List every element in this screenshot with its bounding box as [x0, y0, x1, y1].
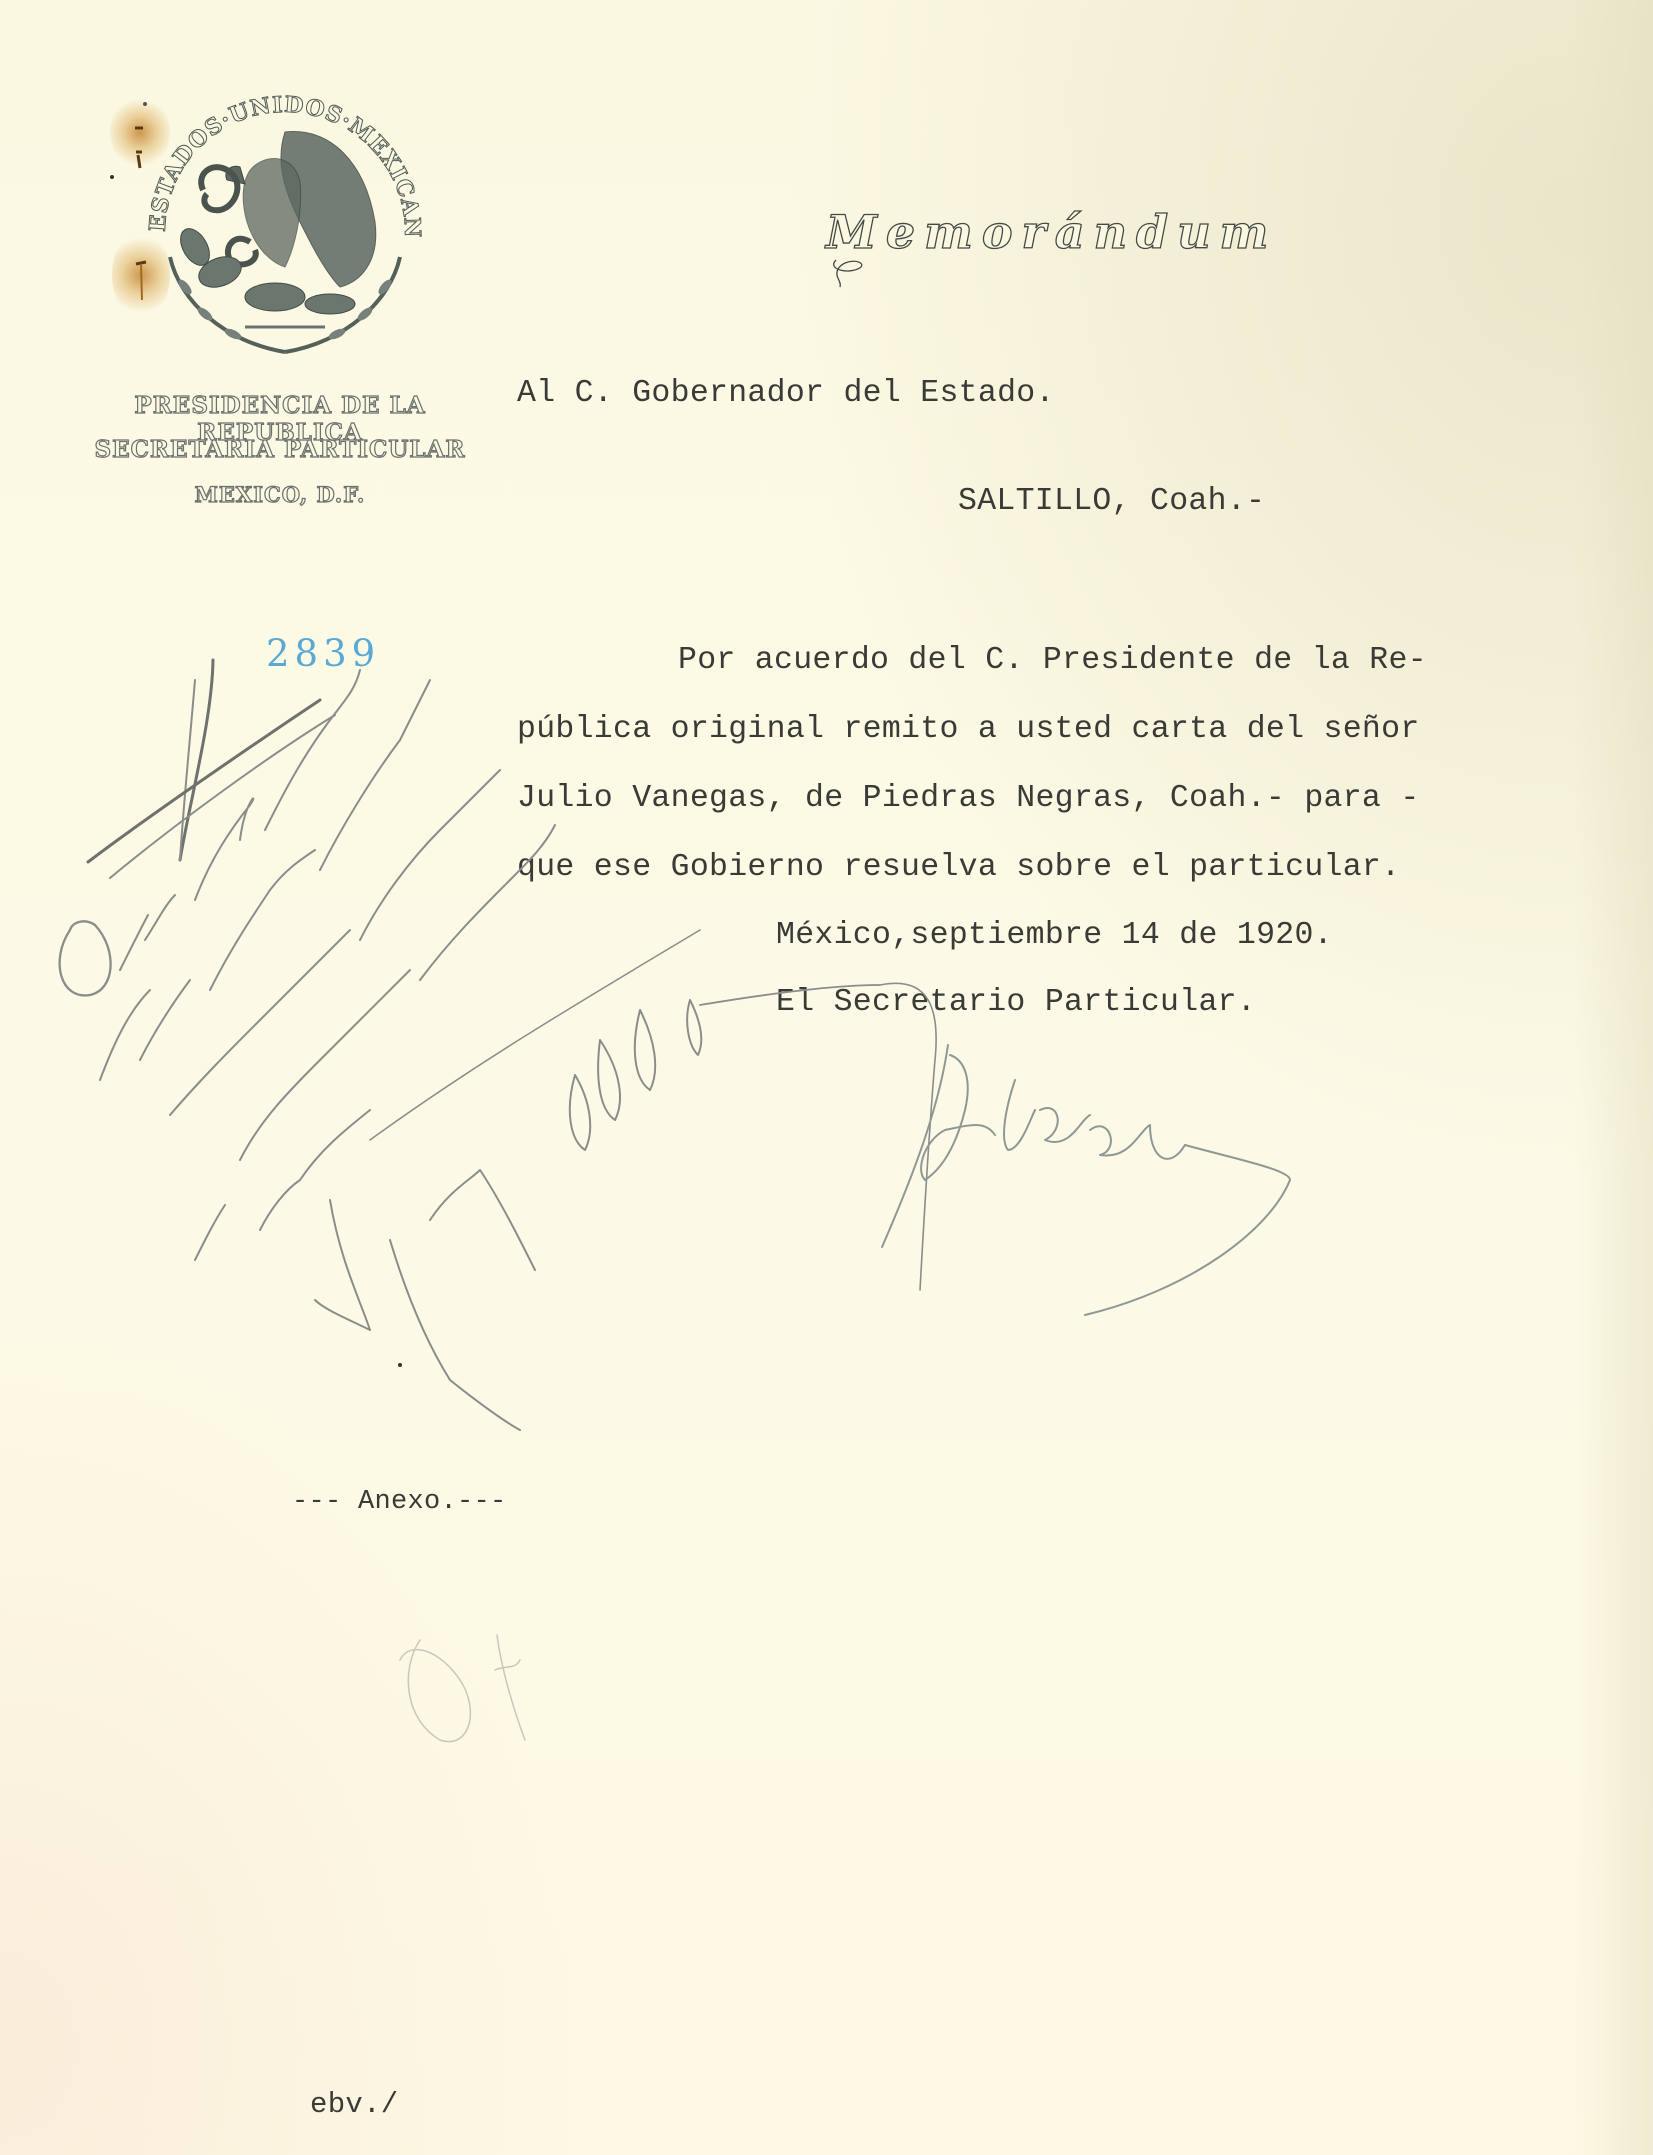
- body-line-4: que ese Gobierno resuelva sobre el parti…: [517, 850, 1400, 885]
- body-line-1: Por acuerdo del C. Presidente de la Re-: [678, 643, 1427, 678]
- body-line-2: pública original remito a usted carta de…: [517, 712, 1420, 747]
- title-flourish: [826, 255, 876, 295]
- coat-of-arms-seal: ESTADOS·UNIDOS·MEXICANOS: [135, 72, 435, 372]
- paper-edge-shading: [1573, 0, 1653, 2155]
- signatory-title: El Secretario Particular.: [776, 985, 1256, 1020]
- date-line: México,septiembre 14 de 1920.: [776, 918, 1333, 953]
- typist-initials: ebv./: [310, 2088, 399, 2121]
- memo-title: Memorándum: [826, 205, 1277, 259]
- reference-stamp-number: 2839: [266, 632, 380, 675]
- enclosure-note: --- Anexo.---: [292, 1487, 507, 1517]
- recipient-location: SALTILLO, Coah.-: [958, 484, 1265, 519]
- body-line-3: Julio Vanegas, de Piedras Negras, Coah.-…: [517, 781, 1420, 816]
- recipient-line: Al C. Gobernador del Estado.: [517, 376, 1055, 411]
- letterhead-location: MEXICO, D.F.: [60, 482, 500, 507]
- letterhead-secretaria: SECRETARIA PARTICULAR: [60, 436, 500, 463]
